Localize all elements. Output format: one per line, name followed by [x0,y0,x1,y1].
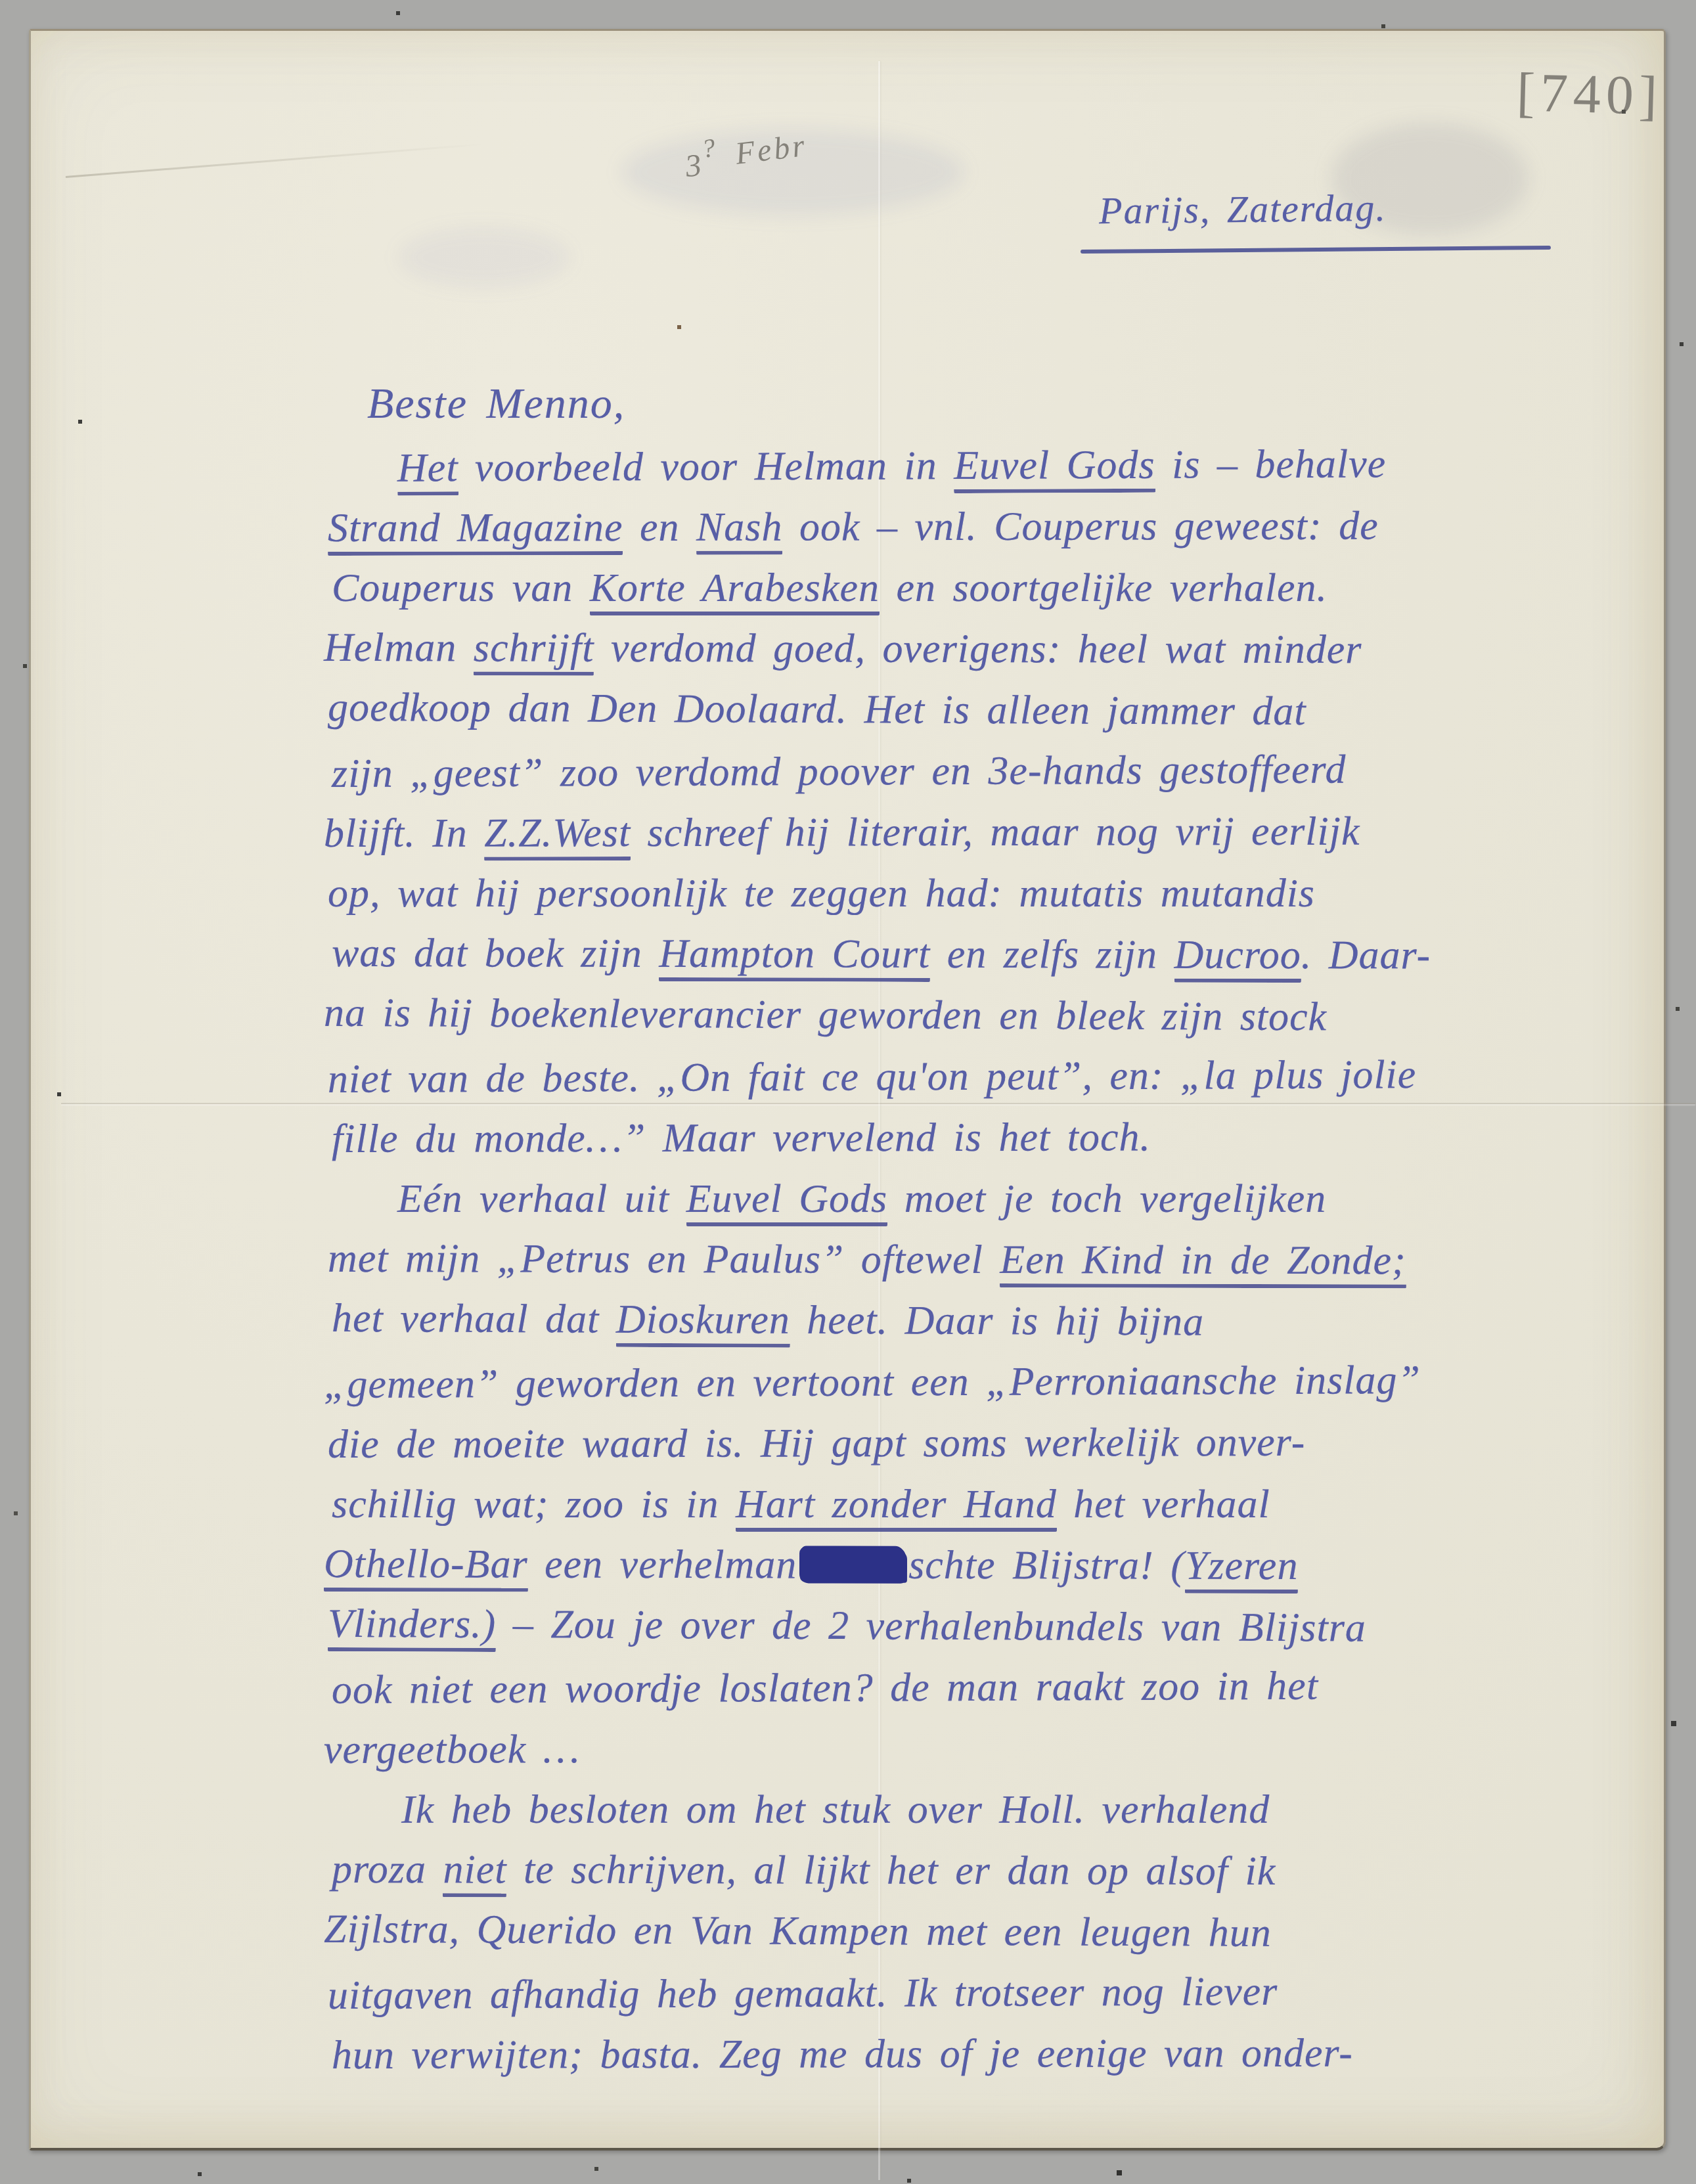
letter-text: en [623,505,696,550]
letter-line: was dat boek zijn Hampton Court en zelfs… [332,923,1618,987]
scanned-letter: [740] 3?Febr Parijs, Zaterdag. Beste Men… [0,0,1696,2184]
place-date-underline [1081,246,1551,254]
letter-line: vergeetboek … [324,1717,1610,1781]
letter-line: ook niet een woordje loslaten? de man ra… [332,1655,1618,1721]
letter-line: niet van de beste. „On fait ce qu'on peu… [328,1044,1614,1110]
letter-body: Beste Menno, Het voorbeeld voor Helman i… [324,372,1610,2085]
letter-line: het verhaal dat Dioskuren heet. Daar is … [332,1288,1618,1354]
letter-text: vergeetboek … [324,1727,580,1772]
letter-line: Eén verhaal uit Euvel Gods moet je toch … [324,1169,1610,1230]
pencil-date-month: Febr [734,127,809,172]
underlined-title: Hampton Court [659,931,930,982]
underlined-title: Strand Magazine [328,505,623,556]
letter-text: Ik heb besloten om het stuk over Holl. v… [401,1787,1270,1832]
letter-line: met mijn „Petrus en Paulus” oftewel Een … [328,1228,1614,1292]
letter-line: op, wat hij persoonlijk te zeggen had: m… [328,863,1614,924]
letter-text: „gemeen” geworden en vertoont een „Perro… [324,1358,1421,1407]
letter-text: schte Blijstra! ( [908,1543,1185,1588]
letter-text: – Zou je over de 2 verhalenbundels van B… [496,1602,1366,1651]
letter-text: Eén verhaal uit [397,1176,686,1221]
letter-text: schreef hij literair, maar nog vrij eerl… [631,809,1360,855]
letter-line: blijft. In Z.Z.West schreef hij literair… [324,801,1610,864]
letter-line: Vlinders.) – Zou je over de 2 verhalenbu… [328,1593,1614,1660]
letter-line: na is hij boekenleverancier geworden en … [324,983,1610,1049]
underlined-title: Euvel Gods [686,1176,888,1226]
letter-text: voorbeeld voor Helman in [458,443,954,490]
letter-text: was dat boek zijn [332,931,659,976]
underlined-title: Z.Z.West [484,811,631,860]
letter-text: die de moeite waard is. Hij gapt soms we… [328,1420,1305,1467]
letter-line: Couperus van Korte Arabesken en soortgel… [332,558,1618,619]
letter-text: ook – vnl. Couperus geweest: de [782,504,1378,550]
archive-page-number: [740] [1516,60,1663,128]
letter-line: Helman schrijft verdomd goed, overigens:… [324,617,1610,681]
letter-lines: Het voorbeeld voor Helman in Euvel Gods … [324,435,1610,2085]
letter-text: uitgaven afhandig heb gemaakt. Ik trotse… [328,1969,1278,2018]
letter-text: en zelfs zijn [930,932,1174,977]
letter-text: . Daar- [1301,933,1431,977]
place-date-line: Parijs, Zaterdag. [1099,186,1387,233]
letter-line: „gemeen” geworden en vertoont een „Perro… [324,1349,1610,1415]
letter-text: en soortgelijke verhalen. [880,566,1328,610]
letter-line: die de moeite waard is. Hij gapt soms we… [328,1412,1614,1475]
underlined-title: Korte Arabesken [590,566,880,615]
letter-text: Zijlstra, Querido en Van Kampen met een … [324,1907,1272,1955]
letter-text: het verhaal dat [332,1296,616,1342]
ink-bleedthrough-stain [399,228,569,287]
letter-paper: [740] 3?Febr Parijs, Zaterdag. Beste Men… [29,29,1666,2151]
letter-text: moet je toch vergelijken [887,1176,1326,1221]
underlined-title: Dioskuren [616,1297,790,1348]
underlined-title: niet [443,1847,506,1897]
letter-text: hun verwijten; basta. Zeg me dus of je e… [332,2031,1353,2078]
letter-text: zijn „geest” zoo verdomd poover en 3e-ha… [332,747,1347,796]
letter-text: Helman [324,625,474,670]
letter-text: ook niet een woordje loslaten? de man ra… [332,1664,1318,1712]
letter-text: Couperus van [332,566,590,610]
underlined-title: Hart zonder Hand [736,1482,1057,1532]
letter-text: met mijn „Petrus en Paulus” oftewel [328,1236,1000,1282]
letter-text: na is hij boekenleverancier geworden en … [324,991,1327,1039]
scanner-dust-specks [0,0,3,3]
letter-line: uitgaven afhandig heb gemaakt. Ik trotse… [328,1960,1614,2026]
salutation: Beste Menno, [324,372,1610,435]
letter-line: proza niet te schrijven, al lijkt het er… [332,1839,1618,1903]
letter-text: goedkoop dan Den Doolaard. Het is alleen… [328,685,1306,734]
letter-line: Zijlstra, Querido en Van Kampen met een … [324,1899,1610,1965]
letter-line: fille du monde…” Maar vervelend is het t… [332,1106,1618,1170]
ink-blot-redaction [799,1546,906,1583]
underlined-title: Het [397,445,458,495]
letter-text: verdomd goed, overigens: heel wat minder [594,626,1362,672]
underlined-title: Een Kind in de Zonde; [1000,1237,1406,1288]
letter-line: Strand Magazine en Nash ook – vnl. Coupe… [328,495,1614,559]
letter-line: zijn „geest” zoo verdomd poover en 3e-ha… [332,738,1618,805]
letter-text: het verhaal [1057,1482,1270,1527]
letter-text: te schrijven, al lijkt het er dan op als… [506,1848,1276,1894]
letter-line: Het voorbeeld voor Helman in Euvel Gods … [324,433,1610,499]
letter-text: fille du monde…” Maar vervelend is het t… [332,1115,1151,1161]
letter-line: Othello-Bar een verhelmanschte Blijstra!… [324,1534,1610,1597]
letter-line: Ik heb besloten om het stuk over Holl. v… [328,1779,1614,1840]
underlined-title: Vlinders.) [328,1601,497,1652]
letter-text: niet van de beste. „On fait ce qu'on peu… [328,1052,1417,1102]
letter-text: is – behalve [1155,441,1387,487]
letter-text: een verhelman [528,1542,797,1588]
underlined-title: Ducroo [1174,933,1301,983]
letter-text: proza [332,1847,443,1892]
letter-line: hun verwijten; basta. Zeg me dus of je e… [332,2022,1618,2086]
letter-text: blijft. In [324,811,484,857]
underlined-title: schrijft [474,625,594,675]
letter-line: schillig wat; zoo is in Hart zonder Hand… [332,1474,1618,1535]
letter-text: op, wat hij persoonlijk te zeggen had: m… [328,871,1315,916]
underlined-title: Euvel Gods [954,443,1155,493]
letter-text: heet. Daar is hij bijna [790,1298,1205,1345]
underlined-title: Nash [696,505,783,555]
underlined-title: Yzeren [1185,1544,1299,1593]
letter-text: schillig wat; zoo is in [332,1482,736,1527]
underlined-title: Othello-Bar [324,1542,528,1592]
letter-line: goedkoop dan Den Doolaard. Het is alleen… [328,677,1614,744]
paper-crease-corner [66,143,485,178]
